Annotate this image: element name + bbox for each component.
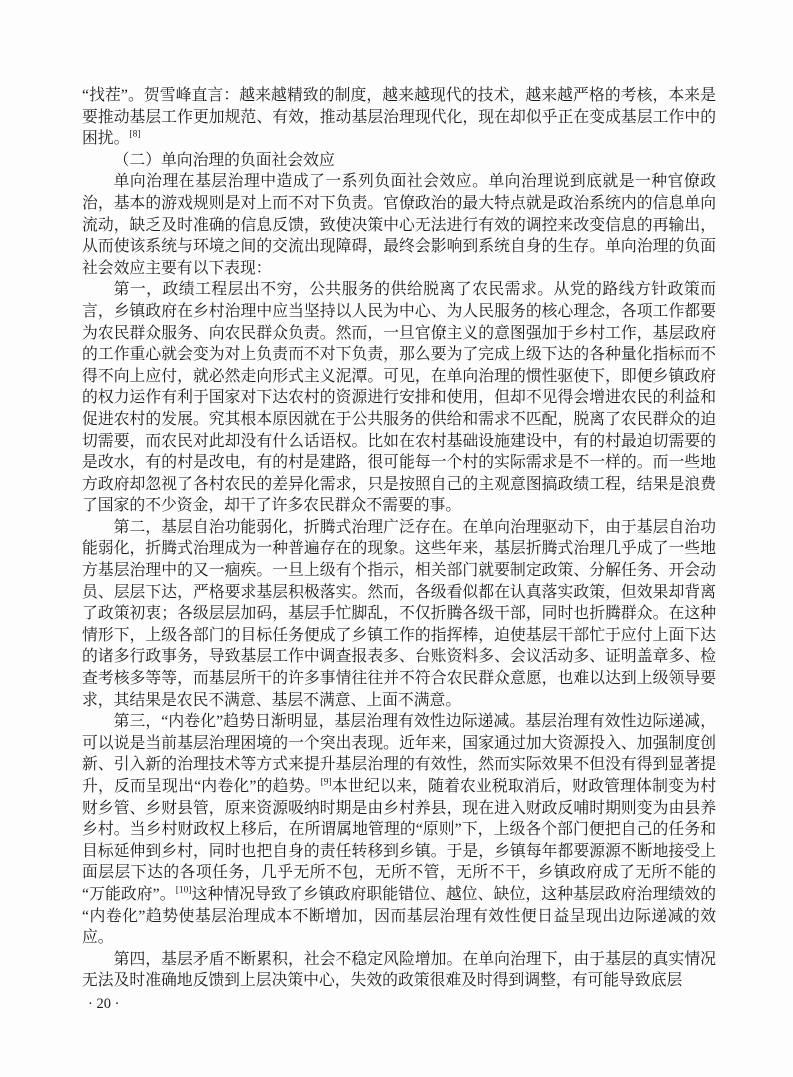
document-page: “找茬”。贺雪峰直言：越来越精致的制度，越来越现代的技术，越来越严格的考核，本来… [0,0,793,1077]
text-run: 单向治理在基层治理中造成了一系列负面社会效应。单向治理说到底就是一种官僚政治，基… [82,173,716,276]
text-run: 第一，政绩工程层出不穷，公共服务的供给脱离了农民需求。从党的路线方针政策而言，乡… [82,281,716,514]
para-continuation: “找茬”。贺雪峰直言：越来越精致的制度，越来越现代的技术，越来越严格的考核，本来… [82,85,716,150]
section-heading: （二）单向治理的负面社会效应 [82,150,716,172]
page-number: · 20 · [88,995,119,1013]
para-point-1: 第一，政绩工程层出不穷，公共服务的供给脱离了农民需求。从党的路线方针政策而言，乡… [82,279,716,517]
text-run: “找茬”。贺雪峰直言：越来越精致的制度，越来越现代的技术，越来越严格的考核，本来… [82,87,716,147]
text-run: 本世纪以来，随着农业税取消后，财政管理体制变为村财乡管、乡财县管，原来资源吸纳时… [82,778,716,903]
para-overview: 单向治理在基层治理中造成了一系列负面社会效应。单向治理说到底就是一种官僚政治，基… [82,171,716,279]
article-body: “找茬”。贺雪峰直言：越来越精致的制度，越来越现代的技术，越来越严格的考核，本来… [82,85,716,992]
citation-ref: [9] [321,778,332,788]
text-run: （二）单向治理的负面社会效应 [114,152,335,169]
citation-ref: [8] [129,130,140,140]
para-point-3: 第三，“内卷化”趋势日渐明显，基层治理有效性边际递减。基层治理有效性边际递减，可… [82,711,716,949]
text-run: 第二，基层自治功能弱化，折腾式治理广泛存在。在单向治理驱动下，由于基层自治功能弱… [82,519,716,709]
para-point-4: 第四，基层矛盾不断累积，社会不稳定风险增加。在单向治理下，由于基层的真实情况无法… [82,949,716,992]
citation-ref: [10] [176,886,192,896]
para-point-2: 第二，基层自治功能弱化，折腾式治理广泛存在。在单向治理驱动下，由于基层自治功能弱… [82,517,716,711]
text-run: 第四，基层矛盾不断累积，社会不稳定风险增加。在单向治理下，由于基层的真实情况无法… [82,951,716,990]
